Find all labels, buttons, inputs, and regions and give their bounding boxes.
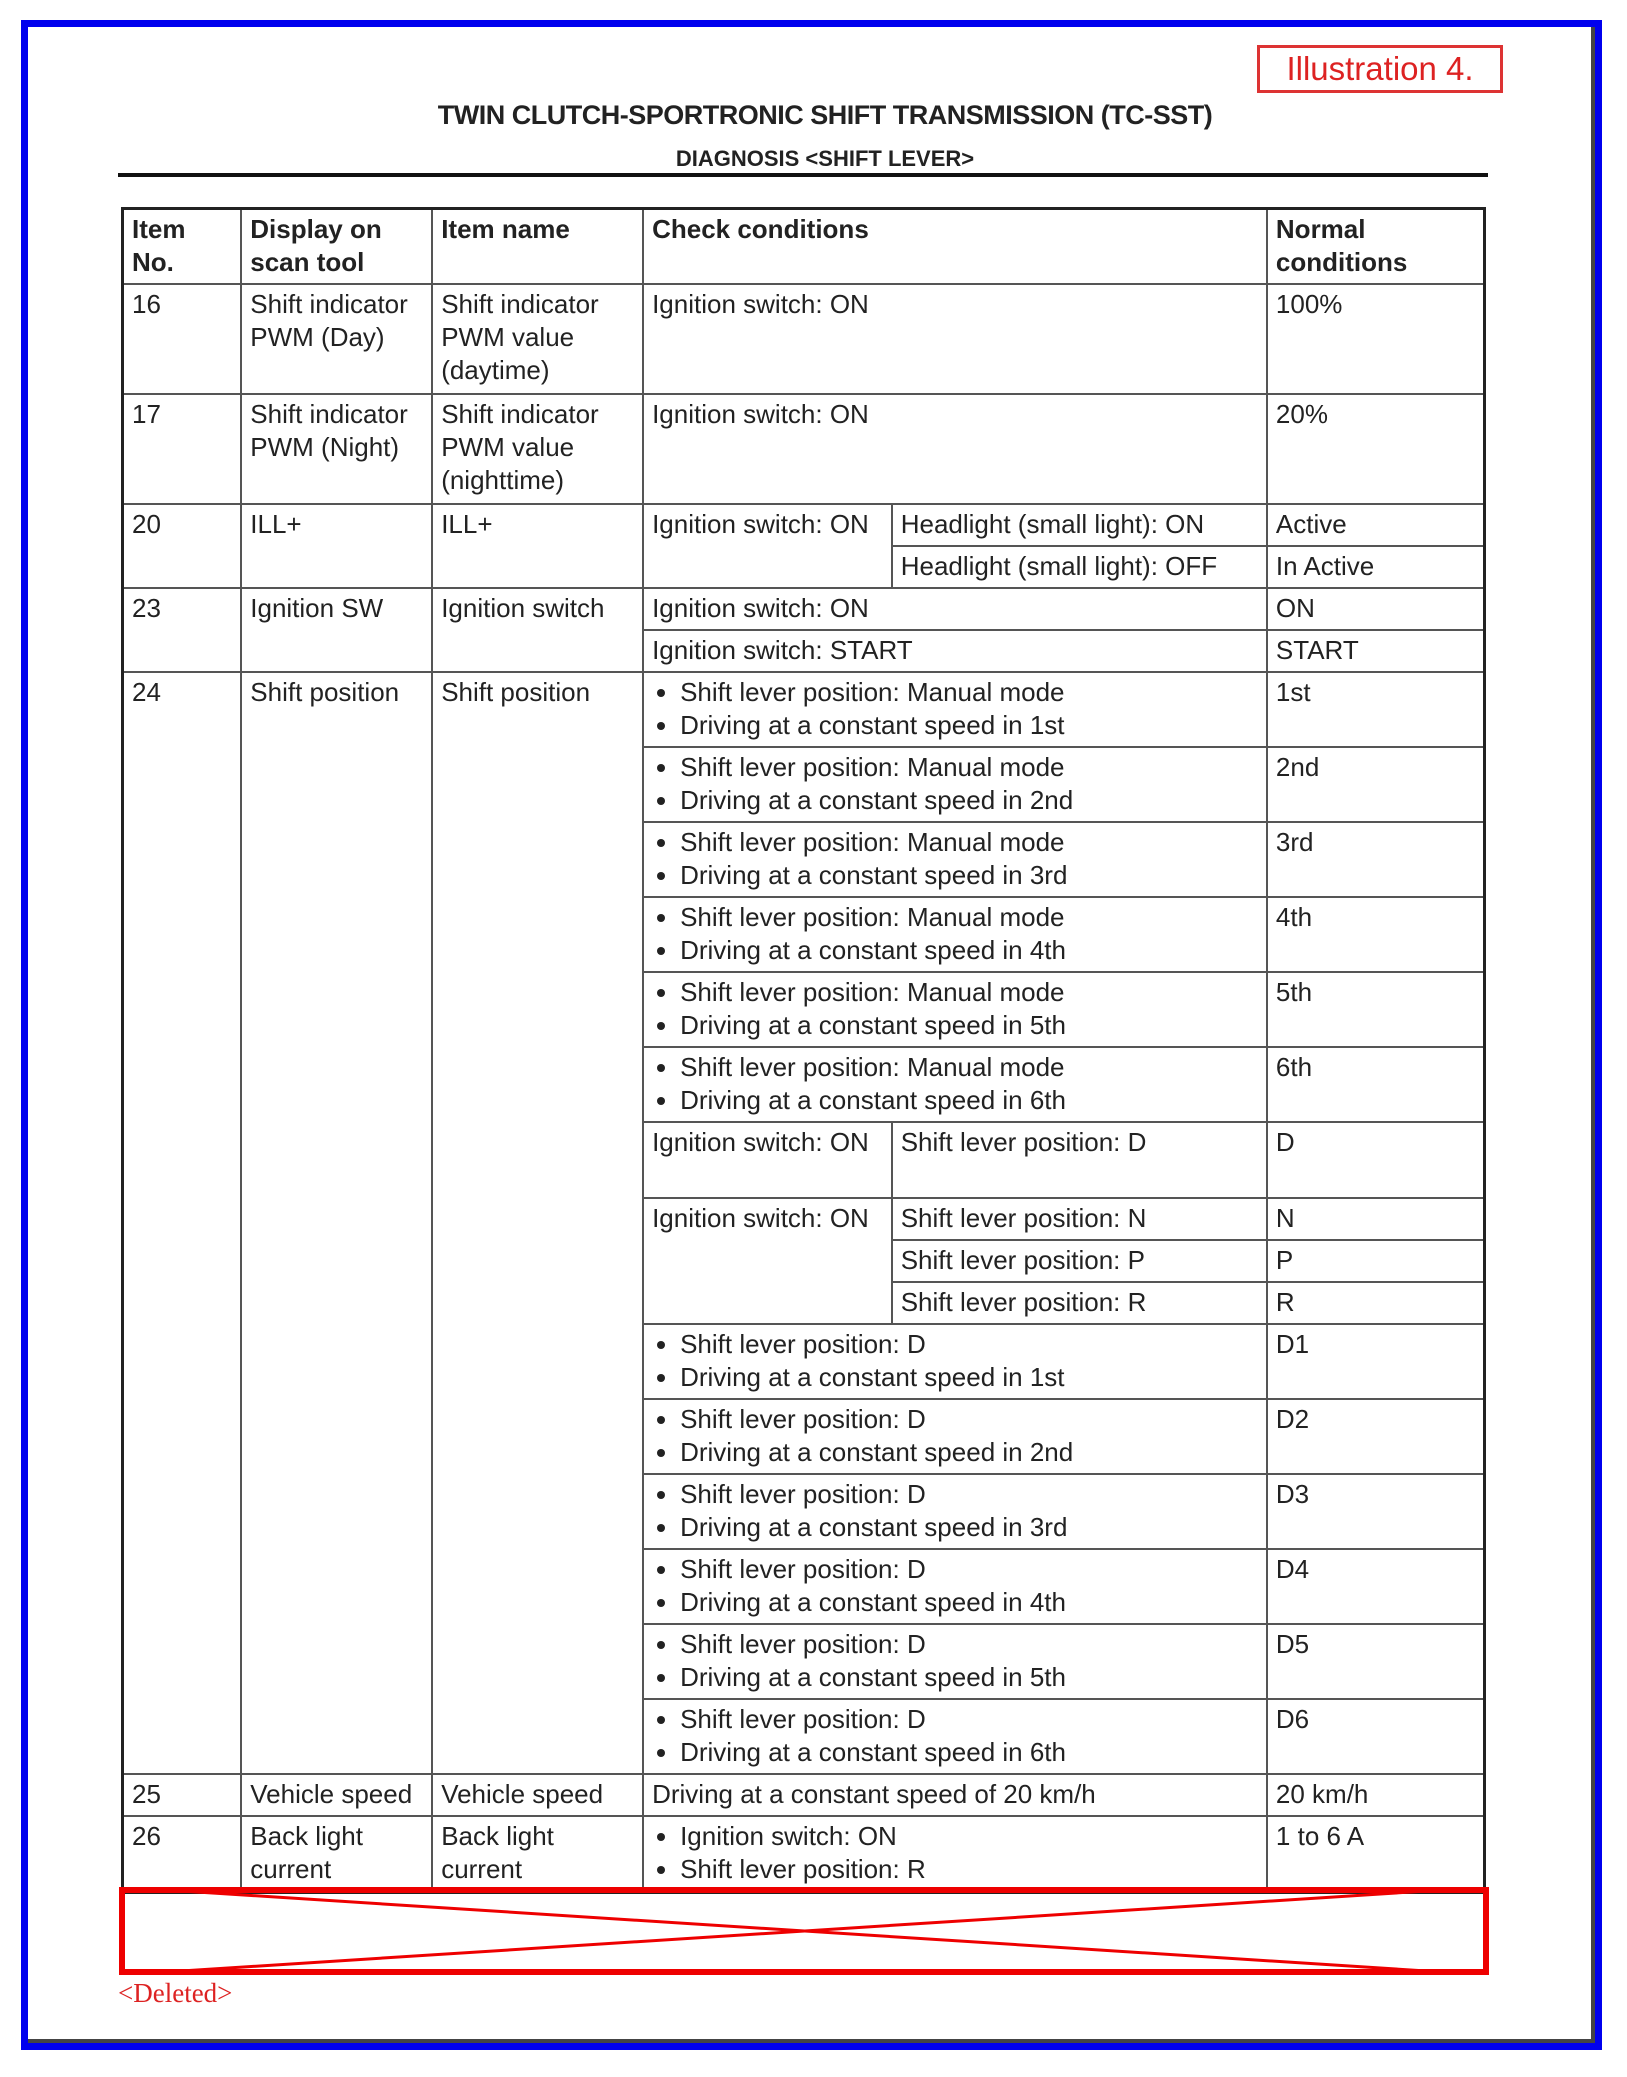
bullet: Driving at a constant speed in 4th bbox=[680, 1586, 1258, 1619]
cell-check: Shift lever position: Manual modeDriving… bbox=[643, 822, 1267, 897]
cell-normal: N bbox=[1267, 1198, 1485, 1240]
cell-check: Ignition switch: ON bbox=[643, 394, 1267, 504]
cell-check: Ignition switch: ON bbox=[643, 504, 892, 588]
table-row: 16 Shift indicator PWM (Day) Shift indic… bbox=[123, 284, 1485, 394]
cell-normal: 4th bbox=[1267, 897, 1485, 972]
bullet: Shift lever position: D bbox=[680, 1478, 1258, 1511]
deletion-cross bbox=[119, 1887, 1489, 1975]
cell-subcond: Shift lever position: P bbox=[892, 1240, 1267, 1282]
bullet: Shift lever position: Manual mode bbox=[680, 1051, 1258, 1084]
cell-normal: 5th bbox=[1267, 972, 1485, 1047]
document-subtitle: DIAGNOSIS <SHIFT LEVER> bbox=[0, 146, 1627, 172]
bullet: Driving at a constant speed in 5th bbox=[680, 1661, 1258, 1694]
cell-check: Ignition switch: START bbox=[643, 630, 1267, 672]
cell-no: 17 bbox=[123, 394, 242, 504]
cell-no: 24 bbox=[123, 672, 242, 1774]
cell-normal: D5 bbox=[1267, 1624, 1485, 1699]
table-header: Item No. Display on scan tool Item name … bbox=[123, 209, 1485, 285]
cell-normal: D bbox=[1267, 1122, 1485, 1198]
bullet: Shift lever position: D bbox=[680, 1628, 1258, 1661]
cell-name: Back light current bbox=[432, 1816, 643, 1892]
bullet: Shift lever position: Manual mode bbox=[680, 826, 1258, 859]
cell-check: Shift lever position: Manual modeDriving… bbox=[643, 897, 1267, 972]
table-row: 25 Vehicle speed Vehicle speed Driving a… bbox=[123, 1774, 1485, 1816]
cell-subcond: Shift lever position: N bbox=[892, 1198, 1267, 1240]
cell-display: Vehicle speed bbox=[241, 1774, 432, 1816]
cell-no: 23 bbox=[123, 588, 242, 672]
cell-normal: In Active bbox=[1267, 546, 1485, 588]
cell-check: Shift lever position: DDriving at a cons… bbox=[643, 1549, 1267, 1624]
bullet: Shift lever position: D bbox=[680, 1328, 1258, 1361]
cell-name: Shift position bbox=[432, 672, 643, 1774]
cell-normal: 2nd bbox=[1267, 747, 1485, 822]
cell-display: Ignition SW bbox=[241, 588, 432, 672]
cell-display: Shift indicator PWM (Night) bbox=[241, 394, 432, 504]
cell-check: Ignition switch: ONShift lever position:… bbox=[643, 1816, 1267, 1892]
cell-subcond: Shift lever position: R bbox=[892, 1282, 1267, 1324]
cell-normal: 1 to 6 A bbox=[1267, 1816, 1485, 1892]
cell-display: Shift indicator PWM (Day) bbox=[241, 284, 432, 394]
cell-normal: 3rd bbox=[1267, 822, 1485, 897]
cell-display: Back light current bbox=[241, 1816, 432, 1892]
cell-check: Ignition switch: ON bbox=[643, 1198, 892, 1324]
cell-normal: Active bbox=[1267, 504, 1485, 546]
cell-normal: D6 bbox=[1267, 1699, 1485, 1774]
cell-name: ILL+ bbox=[432, 504, 643, 588]
cell-display: Shift position bbox=[241, 672, 432, 1774]
cell-no: 26 bbox=[123, 1816, 242, 1892]
bullet: Shift lever position: R bbox=[680, 1853, 1258, 1886]
cell-check: Shift lever position: DDriving at a cons… bbox=[643, 1699, 1267, 1774]
table-row: 17 Shift indicator PWM (Night) Shift ind… bbox=[123, 394, 1485, 504]
bullet: Shift lever position: D bbox=[680, 1403, 1258, 1436]
bullet: Driving at a constant speed in 3rd bbox=[680, 1511, 1258, 1544]
bullet: Shift lever position: Manual mode bbox=[680, 976, 1258, 1009]
bullet: Driving at a constant speed in 1st bbox=[680, 709, 1258, 742]
cell-no: 20 bbox=[123, 504, 242, 588]
cell-normal: 1st bbox=[1267, 672, 1485, 747]
cell-subcond: Headlight (small light): ON bbox=[892, 504, 1267, 546]
cell-check: Shift lever position: DDriving at a cons… bbox=[643, 1399, 1267, 1474]
deleted-label: <Deleted> bbox=[118, 1978, 232, 2009]
cell-name: Ignition switch bbox=[432, 588, 643, 672]
cell-name: Shift indicator PWM value (nighttime) bbox=[432, 394, 643, 504]
cell-check: Shift lever position: DDriving at a cons… bbox=[643, 1624, 1267, 1699]
title-rule bbox=[118, 173, 1488, 177]
header-item-no: Item No. bbox=[123, 209, 242, 285]
cell-normal: P bbox=[1267, 1240, 1485, 1282]
bullet: Driving at a constant speed in 1st bbox=[680, 1361, 1258, 1394]
cell-subcond: Headlight (small light): OFF bbox=[892, 546, 1267, 588]
cell-normal: 20 km/h bbox=[1267, 1774, 1485, 1816]
cell-display: ILL+ bbox=[241, 504, 432, 588]
cell-normal: D4 bbox=[1267, 1549, 1485, 1624]
bullet: Driving at a constant speed in 4th bbox=[680, 934, 1258, 967]
bullet: Driving at a constant speed in 5th bbox=[680, 1009, 1258, 1042]
bullet: Shift lever position: Manual mode bbox=[680, 901, 1258, 934]
cell-normal: START bbox=[1267, 630, 1485, 672]
cell-normal: D2 bbox=[1267, 1399, 1485, 1474]
cell-check: Ignition switch: ON bbox=[643, 1122, 892, 1198]
cell-normal: D3 bbox=[1267, 1474, 1485, 1549]
cell-check: Shift lever position: DDriving at a cons… bbox=[643, 1474, 1267, 1549]
bullet: Driving at a constant speed in 6th bbox=[680, 1084, 1258, 1117]
bullet: Driving at a constant speed in 2nd bbox=[680, 784, 1258, 817]
cell-normal: 100% bbox=[1267, 284, 1485, 394]
table-row: 24Shift positionShift positionShift leve… bbox=[123, 672, 1485, 747]
diagnosis-table: Item No. Display on scan tool Item name … bbox=[121, 207, 1486, 1894]
bullet: Shift lever position: D bbox=[680, 1553, 1258, 1586]
bullet: Shift lever position: Manual mode bbox=[680, 676, 1258, 709]
bullet: Ignition switch: ON bbox=[680, 1820, 1258, 1853]
cell-normal: ON bbox=[1267, 588, 1485, 630]
cell-normal: R bbox=[1267, 1282, 1485, 1324]
document-title: TWIN CLUTCH-SPORTRONIC SHIFT TRANSMISSIO… bbox=[0, 100, 1627, 131]
table-row-deleted: 26 Back light current Back light current… bbox=[123, 1816, 1485, 1892]
cell-check: Shift lever position: DDriving at a cons… bbox=[643, 1324, 1267, 1399]
table-row: 23 Ignition SW Ignition switch Ignition … bbox=[123, 588, 1485, 630]
bullet: Driving at a constant speed in 6th bbox=[680, 1736, 1258, 1769]
cell-normal: 6th bbox=[1267, 1047, 1485, 1122]
cell-subcond: Shift lever position: D bbox=[892, 1122, 1267, 1198]
cell-check: Shift lever position: Manual modeDriving… bbox=[643, 747, 1267, 822]
cell-check: Shift lever position: Manual modeDriving… bbox=[643, 972, 1267, 1047]
bullet: Shift lever position: D bbox=[680, 1703, 1258, 1736]
cell-check: Shift lever position: Manual modeDriving… bbox=[643, 1047, 1267, 1122]
cell-normal: 20% bbox=[1267, 394, 1485, 504]
bullet: Driving at a constant speed in 3rd bbox=[680, 859, 1258, 892]
table-row: 20 ILL+ ILL+ Ignition switch: ON Headlig… bbox=[123, 504, 1485, 546]
header-item-name: Item name bbox=[432, 209, 643, 285]
cell-name: Vehicle speed bbox=[432, 1774, 643, 1816]
illustration-label: Illustration 4. bbox=[1257, 45, 1503, 93]
cell-no: 16 bbox=[123, 284, 242, 394]
cell-check: Driving at a constant speed of 20 km/h bbox=[643, 1774, 1267, 1816]
cell-check: Ignition switch: ON bbox=[643, 588, 1267, 630]
bullet: Driving at a constant speed in 2nd bbox=[680, 1436, 1258, 1469]
header-check: Check conditions bbox=[643, 209, 1267, 285]
cell-check: Ignition switch: ON bbox=[643, 284, 1267, 394]
cell-name: Shift indicator PWM value (daytime) bbox=[432, 284, 643, 394]
header-normal: Normal conditions bbox=[1267, 209, 1485, 285]
cell-no: 25 bbox=[123, 1774, 242, 1816]
cell-normal: D1 bbox=[1267, 1324, 1485, 1399]
cell-check: Shift lever position: Manual modeDriving… bbox=[643, 672, 1267, 747]
bullet: Shift lever position: Manual mode bbox=[680, 751, 1258, 784]
header-display: Display on scan tool bbox=[241, 209, 432, 285]
